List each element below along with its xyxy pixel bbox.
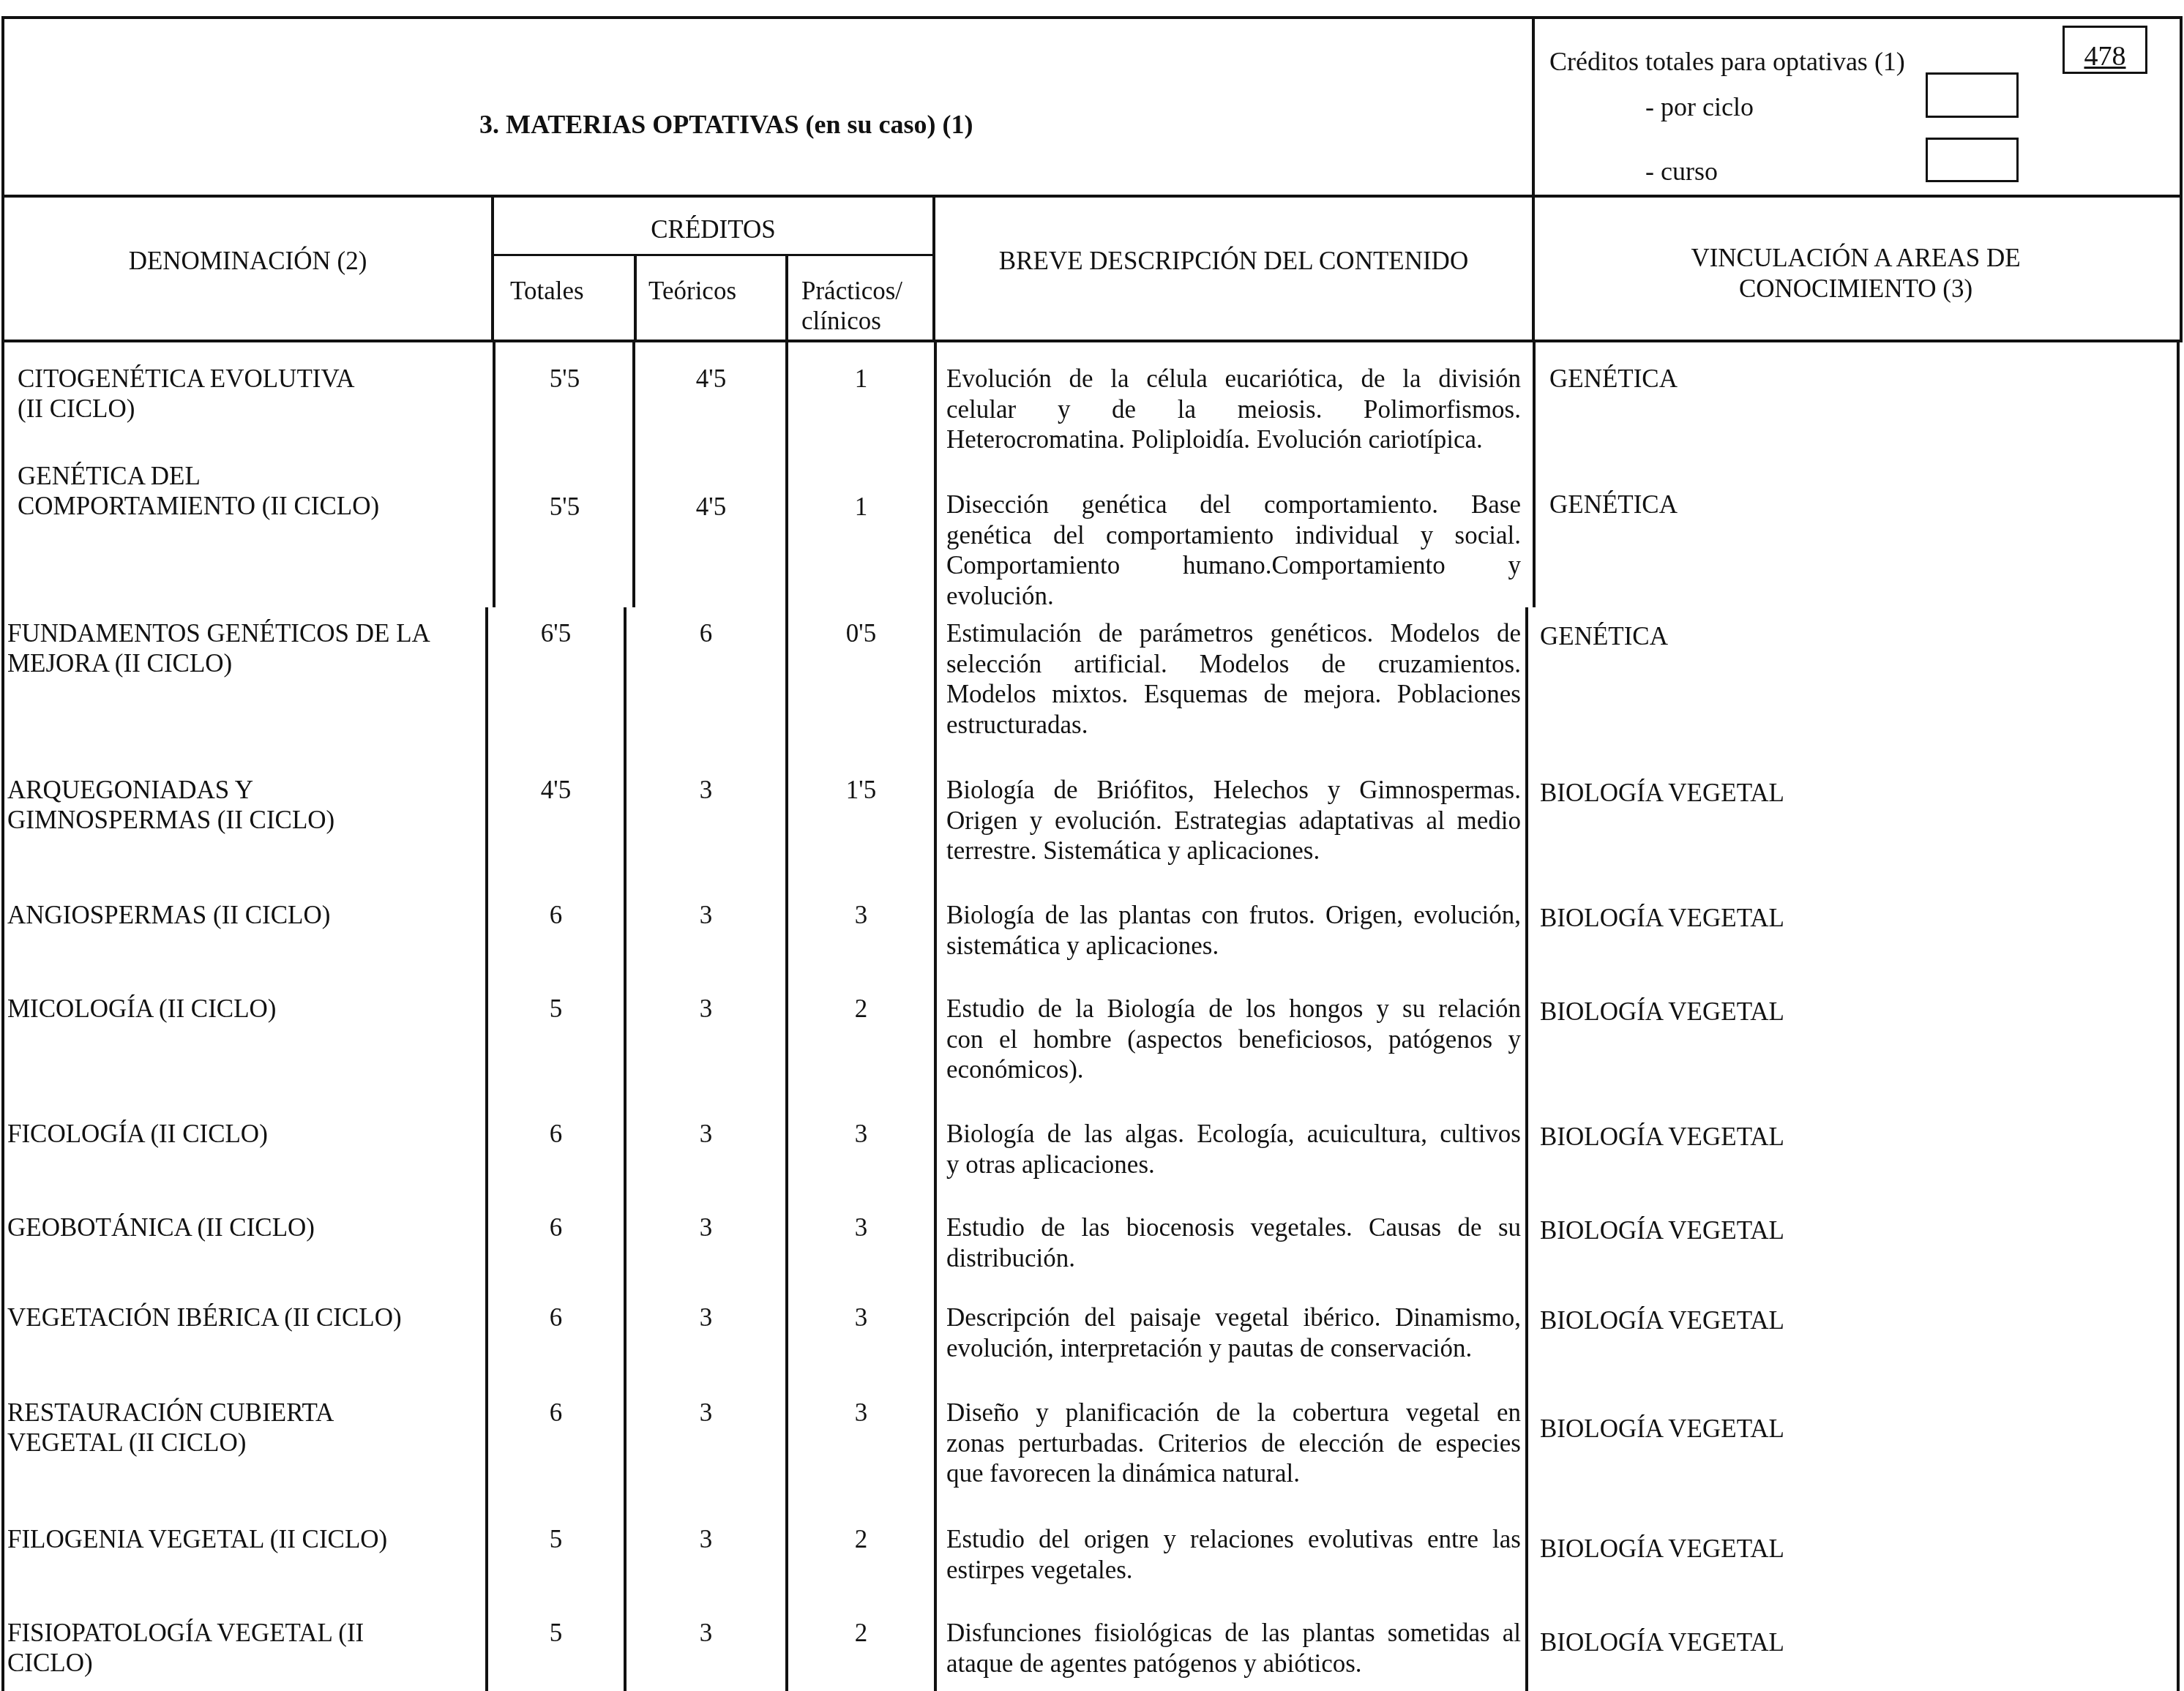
credits-totales: 5 (488, 994, 624, 1024)
credits-totales: 5 (488, 1618, 624, 1648)
credits-practicos: 3 (788, 900, 934, 930)
subject-description: Estudio del origen y relaciones evolutiv… (946, 1524, 1521, 1585)
credits-totales: 6'5 (488, 618, 624, 648)
credits-practicos: 1'5 (788, 775, 934, 805)
subject-name: ARQUEGONIADAS YGIMNOSPERMAS (II CICLO) (7, 775, 334, 835)
credits-teoricos: 3 (627, 1212, 785, 1242)
header-descripcion: BREVE DESCRIPCIÓN DEL CONTENIDO (935, 246, 1532, 276)
credits-totales: 6 (488, 900, 624, 930)
credits-teoricos: 3 (627, 1398, 785, 1428)
credits-teoricos: 3 (627, 1302, 785, 1332)
credits-practicos: 1 (788, 492, 934, 522)
header-totales: Totales (510, 276, 584, 306)
col-line-5-upper (1533, 341, 1536, 607)
header-teoricos: Teóricos (648, 276, 736, 306)
credit-total-value: 478 (2084, 41, 2126, 72)
credits-practicos: 2 (788, 1618, 934, 1648)
credits-teoricos: 6 (627, 618, 785, 648)
subject-description: Biología de las plantas con frutos. Orig… (946, 900, 1521, 961)
subject-name: FISIOPATOLOGÍA VEGETAL (IICICLO) (7, 1618, 364, 1678)
credits-totales: 6 (488, 1302, 624, 1332)
credits-practicos: 3 (788, 1119, 934, 1149)
divider-creditos (493, 254, 934, 256)
knowledge-area: BIOLOGÍA VEGETAL (1540, 1627, 1784, 1657)
header-practicos-line2: clínicos (801, 306, 881, 336)
header-creditos: CRÉDITOS (494, 214, 932, 244)
credits-practicos: 0'5 (788, 618, 934, 648)
header-vinculacion-line2: CONOCIMIENTO (3) (1535, 274, 2177, 304)
knowledge-area: BIOLOGÍA VEGETAL (1540, 1414, 1784, 1444)
subject-name: CITOGENÉTICA EVOLUTIVA(II CICLO) (18, 364, 354, 424)
credits-practicos: 3 (788, 1302, 934, 1332)
border-right (2177, 341, 2180, 1691)
knowledge-area: BIOLOGÍA VEGETAL (1540, 1215, 1784, 1245)
knowledge-area: GENÉTICA (1540, 621, 1668, 651)
credits-teoricos: 3 (627, 900, 785, 930)
section-title: 3. MATERIAS OPTATIVAS (en su caso) (1) (479, 110, 973, 140)
knowledge-area: BIOLOGÍA VEGETAL (1540, 903, 1784, 933)
knowledge-area: BIOLOGÍA VEGETAL (1540, 1534, 1784, 1564)
subject-name: MICOLOGÍA (II CICLO) (7, 994, 276, 1024)
subject-name: ANGIOSPERMAS (II CICLO) (7, 900, 330, 930)
credits-totales: 6 (488, 1212, 624, 1242)
border-right-top (2180, 16, 2183, 341)
subject-description: Disfunciones fisiológicas de las plantas… (946, 1618, 1521, 1679)
por-ciclo-field[interactable] (1926, 72, 2019, 118)
divider-title-row (1, 195, 2183, 198)
knowledge-area: BIOLOGÍA VEGETAL (1540, 1122, 1784, 1152)
subject-description: Estudio de la Biología de los hongos y s… (946, 994, 1521, 1085)
credits-totales: 5'5 (495, 492, 634, 522)
subject-name: FUNDAMENTOS GENÉTICOS DE LAMEJORA (II CI… (7, 618, 430, 678)
credits-practicos: 2 (788, 1524, 934, 1554)
subject-description: Diseño y planificación de la cobertura v… (946, 1398, 1521, 1489)
credits-teoricos: 4'5 (637, 492, 785, 522)
col-line-3 (785, 255, 788, 341)
divider-column-headers (1, 340, 2183, 342)
header-denominacion: DENOMINACIÓN (2) (4, 246, 491, 276)
col-line-2 (634, 255, 637, 341)
subject-name: GENÉTICA DELCOMPORTAMIENTO (II CICLO) (18, 461, 379, 521)
por-ciclo-label: - por ciclo (1645, 92, 1754, 122)
knowledge-area: GENÉTICA (1549, 364, 1678, 394)
subject-description: Biología de las algas. Ecología, acuicul… (946, 1119, 1521, 1180)
subject-description: Biología de Briófitos, Helechos y Gimnos… (946, 775, 1521, 866)
credits-teoricos: 3 (627, 1119, 785, 1149)
credits-totales: 6 (488, 1398, 624, 1428)
curso-label: - curso (1645, 157, 1718, 187)
subject-name: FICOLOGÍA (II CICLO) (7, 1119, 268, 1149)
credit-total-field[interactable]: 478 (2063, 26, 2147, 74)
credits-totales: 6 (488, 1119, 624, 1149)
credits-totales: 4'5 (488, 775, 624, 805)
credits-practicos: 2 (788, 994, 934, 1024)
credits-teoricos: 3 (627, 1524, 785, 1554)
credits-totales: 5'5 (495, 364, 634, 394)
credits-teoricos: 4'5 (637, 364, 785, 394)
knowledge-area: BIOLOGÍA VEGETAL (1540, 1305, 1784, 1335)
subject-description: Descripción del paisaje vegetal ibérico.… (946, 1302, 1521, 1363)
knowledge-area: GENÉTICA (1549, 490, 1678, 520)
credit-total-label: Créditos totales para optativas (1) (1549, 47, 1905, 77)
col-line-5-lower (1525, 607, 1528, 1691)
border-top (1, 16, 2183, 19)
subject-description: Estudio de las biocenosis vegetales. Cau… (946, 1212, 1521, 1273)
credits-practicos: 1 (788, 364, 934, 394)
credits-teoricos: 3 (627, 994, 785, 1024)
credits-teoricos: 3 (627, 1618, 785, 1648)
credits-teoricos: 3 (627, 775, 785, 805)
subject-name: RESTAURACIÓN CUBIERTAVEGETAL (II CICLO) (7, 1398, 334, 1458)
credits-practicos: 3 (788, 1212, 934, 1242)
credits-totales: 5 (488, 1524, 624, 1554)
header-vinculacion-line1: VINCULACIÓN A AREAS DE (1535, 243, 2177, 273)
knowledge-area: BIOLOGÍA VEGETAL (1540, 997, 1784, 1027)
subject-name: VEGETACIÓN IBÉRICA (II CICLO) (7, 1302, 402, 1332)
subject-name: GEOBOTÁNICA (II CICLO) (7, 1212, 315, 1242)
credits-practicos: 3 (788, 1398, 934, 1428)
subject-description: Disección genética del comportamiento. B… (946, 490, 1521, 611)
subject-description: Estimulación de parámetros genéticos. Mo… (946, 618, 1521, 740)
header-practicos-line1: Prácticos/ (801, 276, 902, 306)
subject-name: FILOGENIA VEGETAL (II CICLO) (7, 1524, 387, 1554)
subject-description: Evolución de la célula eucariótica, de l… (946, 364, 1521, 455)
knowledge-area: BIOLOGÍA VEGETAL (1540, 778, 1784, 808)
curso-field[interactable] (1926, 138, 2019, 182)
col-line-4-body (934, 341, 937, 1691)
